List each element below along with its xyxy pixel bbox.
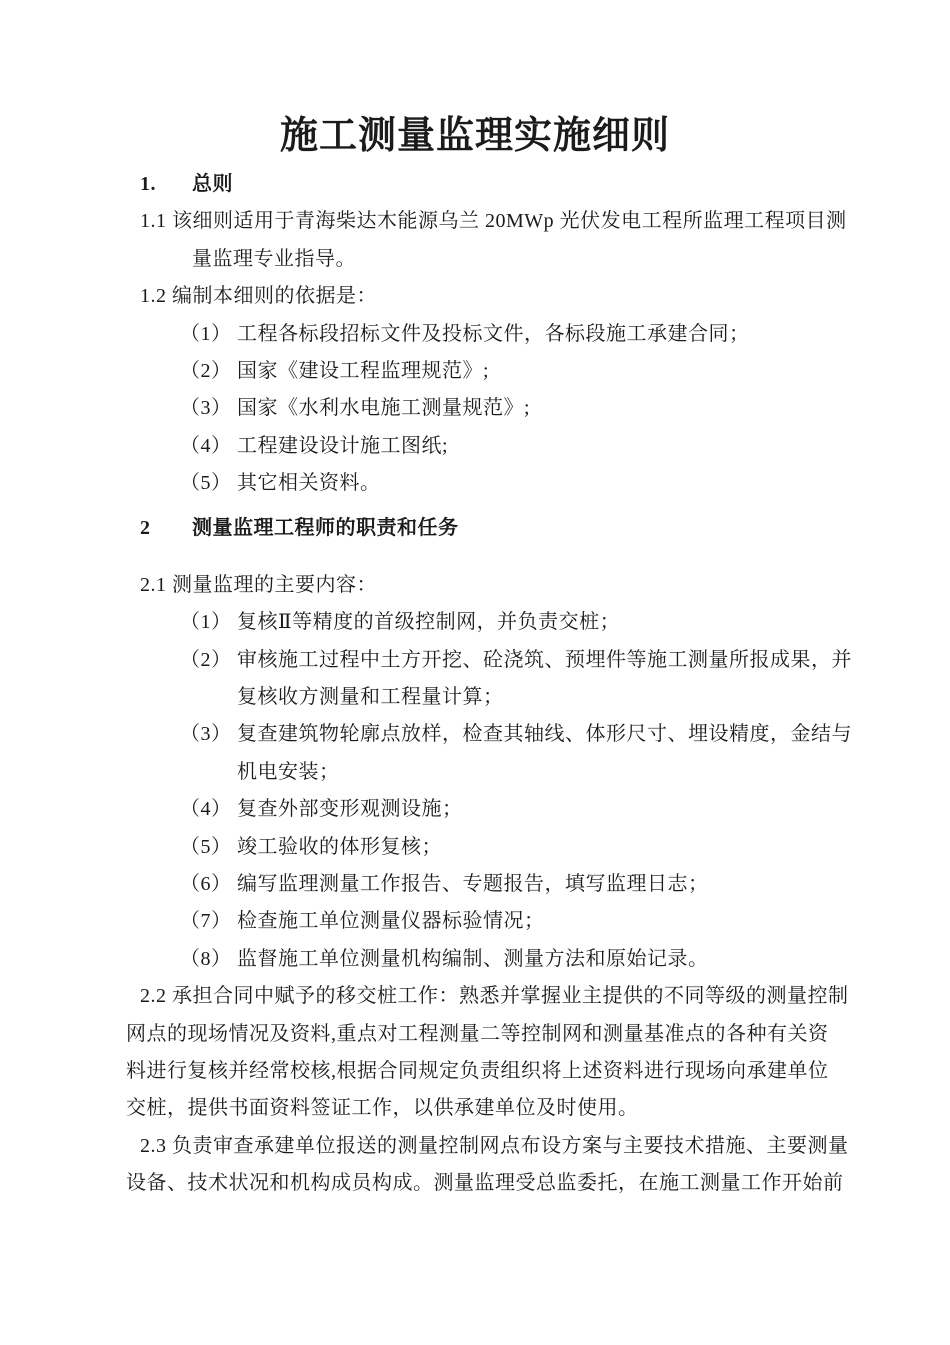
list-item-text: 编写监理测量工作报告、专题报告，填写监理日志； bbox=[237, 873, 709, 895]
list-item-text: 国家《水利水电施工测量规范》; bbox=[237, 397, 530, 419]
section-heading: 2测量监理工程师的职责和任务 bbox=[140, 510, 950, 547]
list-item-text: 竣工验收的体形复核； bbox=[237, 836, 442, 858]
heading-text: 总则 bbox=[192, 173, 233, 195]
paragraph-line: 复核收方测量和工程量计算； bbox=[237, 679, 950, 716]
list-item-number: （2） bbox=[180, 353, 237, 390]
heading-number: 1. bbox=[140, 166, 192, 203]
list-item-number: （5） bbox=[180, 829, 237, 866]
list-item-text: 复查外部变形观测设施； bbox=[237, 798, 463, 820]
list-item-text: 复核Ⅱ等精度的首级控制网，并负责交桩； bbox=[237, 611, 620, 633]
list-item: （5）竣工验收的体形复核； bbox=[180, 829, 950, 866]
list-item: （5）其它相关资料。 bbox=[180, 465, 950, 502]
heading-number: 2 bbox=[140, 510, 192, 547]
list-item-number: （8） bbox=[180, 941, 237, 978]
list-item-number: （3） bbox=[180, 390, 237, 427]
paragraph-line: 交桩，提供书面资料签证工作，以供承建单位及时使用。 bbox=[126, 1090, 950, 1127]
list-item: （2）审核施工过程中土方开挖、砼浇筑、预埋件等施工测量所报成果，并 bbox=[180, 642, 950, 679]
list-item-text: 检查施工单位测量仪器标验情况； bbox=[237, 910, 545, 932]
list-item-text: 其它相关资料。 bbox=[237, 472, 381, 494]
list-item: （3）国家《水利水电施工测量规范》; bbox=[180, 390, 950, 427]
list-item: （6）编写监理测量工作报告、专题报告，填写监理日志； bbox=[180, 866, 950, 903]
paragraph-line: 2.2 承担合同中赋予的移交桩工作：熟悉并掌握业主提供的不同等级的测量控制 bbox=[140, 978, 950, 1015]
list-item: （4）工程建设设计施工图纸; bbox=[180, 428, 950, 465]
list-item-number: （2） bbox=[180, 642, 237, 679]
list-item-number: （6） bbox=[180, 866, 237, 903]
list-item-text: 审核施工过程中土方开挖、砼浇筑、预埋件等施工测量所报成果，并 bbox=[237, 649, 852, 671]
list-item: （1）复核Ⅱ等精度的首级控制网，并负责交桩； bbox=[180, 604, 950, 641]
list-item-text: 监督施工单位测量机构编制、测量方法和原始记录。 bbox=[237, 948, 709, 970]
paragraph-line: 网点的现场情况及资料,重点对工程测量二等控制网和测量基准点的各种有关资 bbox=[126, 1016, 950, 1053]
list-item: （3）复查建筑物轮廓点放样，检查其轴线、体形尺寸、埋设精度，金结与 bbox=[180, 716, 950, 753]
paragraph-line: 2.3 负责审查承建单位报送的测量控制网点布设方案与主要技术措施、主要测量 bbox=[140, 1128, 950, 1165]
document-blocks: 1.总则1.1 该细则适用于青海柴达木能源乌兰 20MWp 光伏发电工程所监理工… bbox=[0, 166, 950, 1203]
list-item-number: （4） bbox=[180, 428, 237, 465]
section-heading: 1.总则 bbox=[140, 166, 950, 203]
list-item: （7）检查施工单位测量仪器标验情况； bbox=[180, 903, 950, 940]
list-item-number: （7） bbox=[180, 903, 237, 940]
list-item: （1）工程各标段招标文件及投标文件，各标段施工承建合同； bbox=[180, 316, 950, 353]
document-title: 施工测量监理实施细则 bbox=[0, 0, 950, 160]
paragraph-line: 量监理专业指导。 bbox=[192, 241, 950, 278]
list-item-number: （1） bbox=[180, 604, 237, 641]
list-item: （4）复查外部变形观测设施； bbox=[180, 791, 950, 828]
list-item-text: 工程建设设计施工图纸; bbox=[237, 435, 448, 457]
list-item-number: （1） bbox=[180, 316, 237, 353]
paragraph-line: 设备、技术状况和机构成员构成。测量监理受总监委托，在施工测量工作开始前 bbox=[126, 1165, 950, 1202]
list-item-text: 工程各标段招标文件及投标文件，各标段施工承建合同； bbox=[237, 323, 750, 345]
paragraph-line: 机电安装； bbox=[237, 754, 950, 791]
list-item-text: 复查建筑物轮廓点放样，检查其轴线、体形尺寸、埋设精度，金结与 bbox=[237, 723, 852, 745]
heading-text: 测量监理工程师的职责和任务 bbox=[192, 517, 459, 539]
list-item-number: （5） bbox=[180, 465, 237, 502]
document-page: 施工测量监理实施细则 1.总则1.1 该细则适用于青海柴达木能源乌兰 20MWp… bbox=[0, 0, 950, 1345]
list-item-number: （4） bbox=[180, 791, 237, 828]
paragraph-line: 料进行复核并经常校核,根据合同规定负责组织将上述资料进行现场向承建单位 bbox=[126, 1053, 950, 1090]
paragraph-line: 1.2 编制本细则的依据是： bbox=[140, 278, 950, 315]
paragraph-line: 2.1 测量监理的主要内容： bbox=[140, 567, 950, 604]
paragraph-line: 1.1 该细则适用于青海柴达木能源乌兰 20MWp 光伏发电工程所监理工程项目测 bbox=[140, 203, 950, 240]
list-item: （8）监督施工单位测量机构编制、测量方法和原始记录。 bbox=[180, 941, 950, 978]
list-item-text: 国家《建设工程监理规范》; bbox=[237, 360, 489, 382]
list-item: （2）国家《建设工程监理规范》; bbox=[180, 353, 950, 390]
list-item-number: （3） bbox=[180, 716, 237, 753]
